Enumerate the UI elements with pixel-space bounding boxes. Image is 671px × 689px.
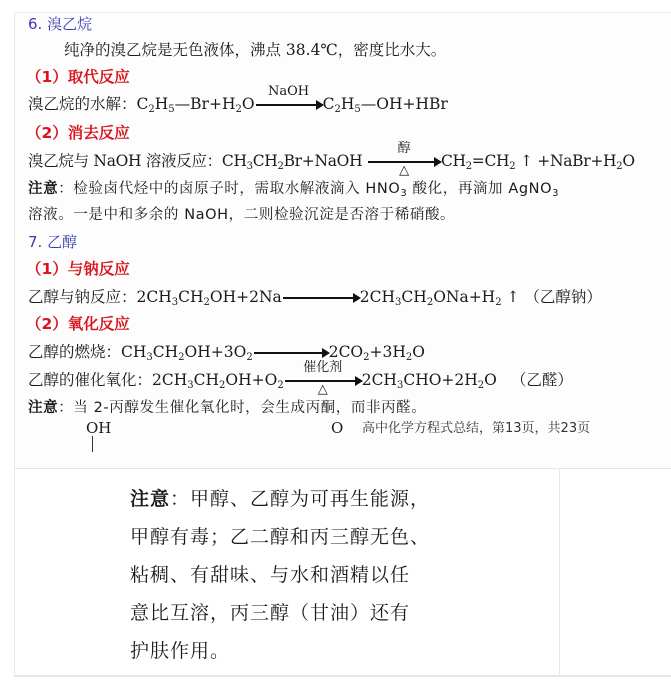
formula-part: CH [222, 152, 247, 170]
reaction-condition-solvent: 醇 [368, 141, 440, 157]
formula-part: ONa+H [433, 288, 495, 306]
formula-part: CH [178, 288, 203, 306]
formula-part: +3H [370, 343, 406, 361]
formula-part: C [323, 95, 335, 113]
equation-hydrolysis: 溴乙烷的水解：C2H5—Br+H2ONaOHC2H5—OH+HBr [28, 94, 448, 114]
formula-part: H [155, 95, 169, 113]
reaction-arrow-icon: 催化剂△ [285, 380, 361, 382]
equation-sodium: 乙醇与钠反应：2CH3CH2OH+2Na2CH3CH2ONa+H2 ↑ （乙醇钠… [28, 287, 602, 307]
subscript: 3 [552, 188, 559, 199]
formula-part: CH [401, 288, 426, 306]
equation-combustion: 乙醇的燃烧：CH3CH2OH+3O22CO2+3H2O [28, 342, 425, 362]
subsection-elimination-title: （2）消去反应 [26, 123, 130, 143]
formula-part: 2CH [152, 371, 187, 389]
page-footer: 高中化学方程式总结，第13页，共23页 [362, 419, 590, 439]
subscript: 2 [246, 352, 252, 363]
section-7-title: 7. 乙醇 [28, 232, 77, 252]
blank-panel [560, 469, 671, 677]
formula-part: OH+O [225, 371, 277, 389]
note-halogen-test-line1: 注意：检验卤代烃中的卤原子时，需取水解液滴入 HNO3 酸化，再滴加 AgNO3 [28, 179, 559, 199]
formula-part: —Br+H [175, 95, 236, 113]
formula-part: H [341, 95, 355, 113]
formula-part: CH [121, 343, 146, 361]
note-line: 注意：甲醇、乙醇为可再生能源， [130, 480, 485, 518]
equation-label: 乙醇的燃烧： [28, 343, 121, 361]
note-text: ：检验卤代烃中的卤原子时，需取水解液滴入 HNO [58, 181, 400, 197]
reaction-arrow-icon: NaOH [256, 104, 322, 106]
methanol-ethanol-note: 注意：甲醇、乙醇为可再生能源， 甲醇有毒；乙二醇和丙三醇无色、 粘稠、有甜味、与… [130, 480, 485, 670]
note-halogen-test-line2: 溶液。一是中和多余的 NaOH，二则检验沉淀是否溶于稀硝酸。 [28, 205, 455, 225]
formula-part: 2CH [362, 371, 397, 389]
note-line: 粘稠、有甜味、与水和酒精以任 [130, 556, 485, 594]
structure-oh-label: OH [86, 418, 111, 438]
reaction-condition: NaOH [256, 84, 322, 100]
formula-part: CH [153, 343, 178, 361]
subsection-oxidation-title: （2）氧化反应 [26, 314, 130, 334]
formula-part: C [137, 95, 149, 113]
formula-part: CH [194, 371, 219, 389]
note-text: ：当 2-丙醇发生催化氧化时，会生成丙酮，而非丙醛。 [58, 400, 426, 416]
equation-label: 溴乙烷的水解： [28, 95, 137, 113]
formula-part: O [242, 95, 255, 113]
subscript: 2 [277, 380, 283, 391]
section-6-intro: 纯净的溴乙烷是无色液体，沸点 38.4℃，密度比水大。 [64, 40, 446, 60]
reaction-arrow-icon [283, 297, 359, 299]
equation-label: 乙醇的催化氧化： [28, 371, 152, 389]
note-label: 注意 [130, 488, 170, 510]
formula-part: OH+2Na [210, 288, 282, 306]
formula-part: —OH+HBr [361, 95, 448, 113]
subsection-substitution-title: （1）取代反应 [26, 67, 130, 87]
reaction-arrow-icon: 醇△ [368, 161, 440, 163]
formula-part: ↑ +NaBr+H [515, 152, 616, 170]
formula-part: O [484, 371, 497, 389]
formula-part: OH+3O [185, 343, 247, 361]
bond-line-icon [92, 436, 93, 452]
note-line: 意比互溶，丙三醇（甘油）还有 [130, 594, 485, 632]
formula-part: =CH [472, 152, 509, 170]
formula-part: ↑ （乙醇钠） [502, 288, 602, 306]
note-text: ：甲醇、乙醇为可再生能源， [170, 488, 430, 510]
note-line: 甲醇有毒；乙二醇和丙三醇无色、 [130, 518, 485, 556]
note-text: 酸化，再滴加 AgNO [407, 181, 552, 197]
formula-part: 2CO [329, 343, 363, 361]
equation-label: 乙醇与钠反应： [28, 288, 137, 306]
structure-o-label: O [331, 418, 343, 438]
formula-part: 2CH [137, 288, 172, 306]
formula-part: 2CH [360, 288, 395, 306]
equation-label: 溴乙烷与 NaOH 溶液反应： [28, 152, 222, 170]
formula-part: CH [441, 152, 466, 170]
note-line: 护肤作用。 [130, 632, 485, 670]
reaction-condition-catalyst: 催化剂 [285, 360, 361, 376]
note-label: 注意 [28, 400, 58, 416]
formula-part: Br+NaOH [284, 152, 363, 170]
formula-part: O [622, 152, 634, 170]
product-name: （乙醛） [511, 371, 573, 389]
section-6-title: 6. 溴乙烷 [28, 14, 92, 34]
subsection-sodium-title: （1）与钠反应 [26, 259, 130, 279]
formula-part: CH [253, 152, 278, 170]
heat-triangle-icon: △ [368, 164, 440, 178]
equation-catalytic-oxidation: 乙醇的催化氧化：2CH3CH2OH+O2催化剂△2CH3CHO+2H2O（乙醛） [28, 370, 573, 390]
heat-triangle-icon: △ [285, 383, 361, 397]
formula-part: O [412, 343, 425, 361]
formula-part: CHO+2H [403, 371, 477, 389]
equation-elimination: 溴乙烷与 NaOH 溶液反应：CH3CH2Br+NaOH 醇△CH2=CH2 ↑… [28, 151, 635, 171]
note-label: 注意 [28, 181, 58, 197]
reaction-arrow-icon [254, 352, 328, 354]
note-2-propanol: 注意：当 2-丙醇发生催化氧化时，会生成丙酮，而非丙醛。 [28, 398, 426, 418]
